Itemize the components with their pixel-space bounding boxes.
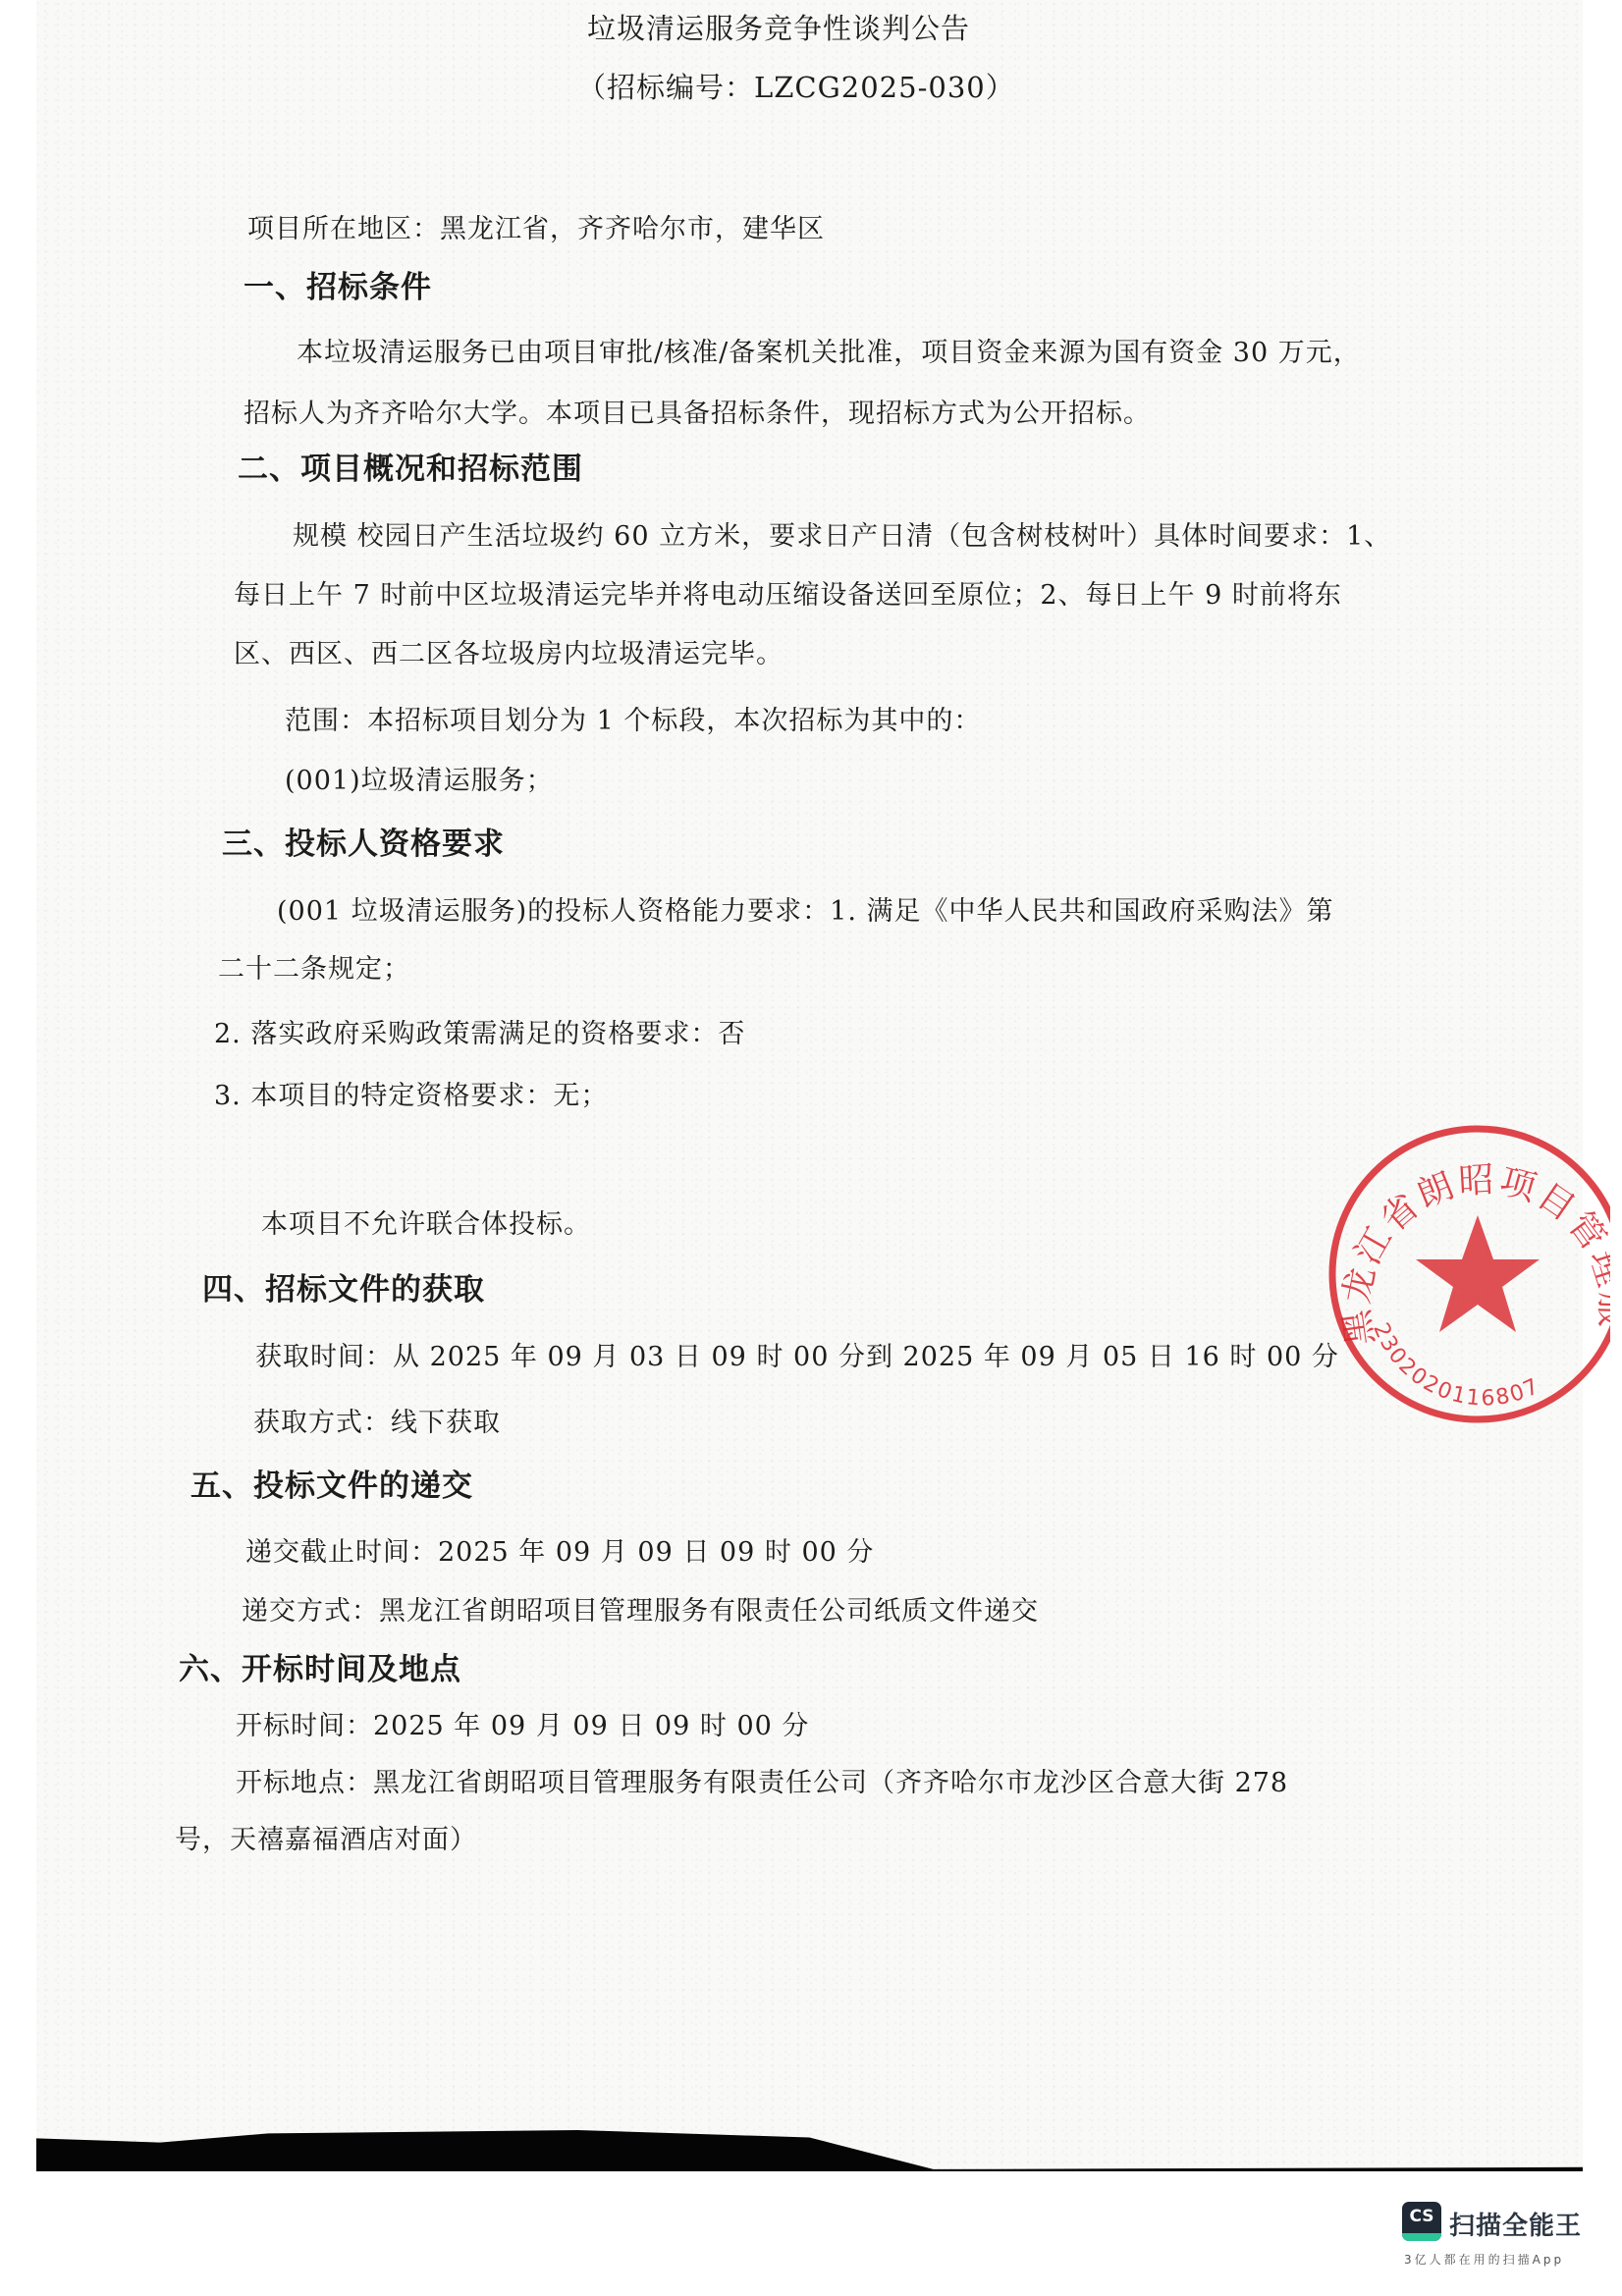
camscanner-logo-icon: CS bbox=[1402, 2202, 1441, 2241]
watermark-app-name: 扫描全能王 bbox=[1449, 2206, 1582, 2242]
svg-text:2302020116807: 2302020116807 bbox=[1368, 1319, 1544, 1411]
section-2-line-3: 区、西区、西二区各垃圾房内垃圾清运完毕。 bbox=[234, 638, 784, 671]
section-3-line-2: 二十二条规定； bbox=[218, 953, 410, 987]
section-heading-1: 一、招标条件 bbox=[243, 271, 432, 304]
company-seal: 黑龙江省朗昭项目管理服务有限公司 2302020116807 bbox=[1316, 1112, 1610, 1436]
section-2-line-5: (001)垃圾清运服务； bbox=[285, 765, 554, 798]
section-2-line-1: 规模 校园日产生活垃圾约 60 立方米，要求日产日清（包含树枝树叶）具体时间要求… bbox=[293, 520, 1391, 554]
section-1-line-1: 本垃圾清运服务已由项目审批/核准/备案机关批准，项目资金来源为国有资金 30 万… bbox=[297, 337, 1361, 370]
section-heading-5: 五、投标文件的递交 bbox=[190, 1469, 473, 1503]
opening-location-line-2: 号，天禧嘉福酒店对面） bbox=[175, 1824, 477, 1857]
document-subtitle: （招标编号：LZCG2025-030） bbox=[577, 71, 1015, 104]
acquisition-method: 获取方式：线下获取 bbox=[253, 1407, 501, 1440]
section-3-line-1: (001 垃圾清运服务)的投标人资格能力要求：1. 满足《中华人民共和国政府采购… bbox=[277, 895, 1334, 929]
seal-star-icon bbox=[1416, 1215, 1540, 1332]
watermark-tagline: 3亿人都在用的扫描App bbox=[1404, 2251, 1564, 2268]
section-2-line-2: 每日上午 7 时前中区垃圾清运完毕并将电动压缩设备送回至原位；2、每日上午 9 … bbox=[234, 579, 1342, 613]
section-heading-2: 二、项目概况和招标范围 bbox=[238, 453, 583, 486]
camscanner-watermark: CS 扫描全能王 3亿人都在用的扫描App bbox=[1402, 2202, 1598, 2270]
submission-deadline: 递交截止时间：2025 年 09 月 09 日 09 时 00 分 bbox=[245, 1536, 874, 1570]
section-3-line-3: 2. 落实政府采购政策需满足的资格要求：否 bbox=[214, 1018, 745, 1051]
acquisition-time: 获取时间：从 2025 年 09 月 03 日 09 时 00 分到 2025 … bbox=[255, 1341, 1339, 1374]
section-3-line-4: 3. 本项目的特定资格要求：无； bbox=[214, 1080, 608, 1113]
section-heading-3: 三、投标人资格要求 bbox=[222, 828, 505, 861]
seal-stamp-icon: 黑龙江省朗昭项目管理服务有限公司 2302020116807 bbox=[1316, 1112, 1610, 1436]
section-3-line-5: 本项目不允许联合体投标。 bbox=[261, 1208, 591, 1242]
section-heading-4: 四、招标文件的获取 bbox=[202, 1273, 485, 1307]
document-title: 垃圾清运服务竞争性谈判公告 bbox=[587, 12, 970, 45]
section-1-line-2: 招标人为齐齐哈尔大学。本项目已具备招标条件，现招标方式为公开招标。 bbox=[243, 398, 1151, 431]
opening-time: 开标时间：2025 年 09 月 09 日 09 时 00 分 bbox=[236, 1710, 809, 1743]
opening-location-line-1: 开标地点：黑龙江省朗昭项目管理服务有限责任公司（齐齐哈尔市龙沙区合意大街 278 bbox=[236, 1767, 1288, 1800]
section-2-line-4: 范围：本招标项目划分为 1 个标段，本次招标为其中的： bbox=[285, 705, 981, 738]
submission-method: 递交方式：黑龙江省朗昭项目管理服务有限责任公司纸质文件递交 bbox=[242, 1595, 1039, 1629]
section-heading-6: 六、开标时间及地点 bbox=[179, 1653, 461, 1686]
seal-code: 2302020116807 bbox=[1368, 1319, 1544, 1411]
project-location: 项目所在地区：黑龙江省，齐齐哈尔市，建华区 bbox=[247, 213, 825, 246]
